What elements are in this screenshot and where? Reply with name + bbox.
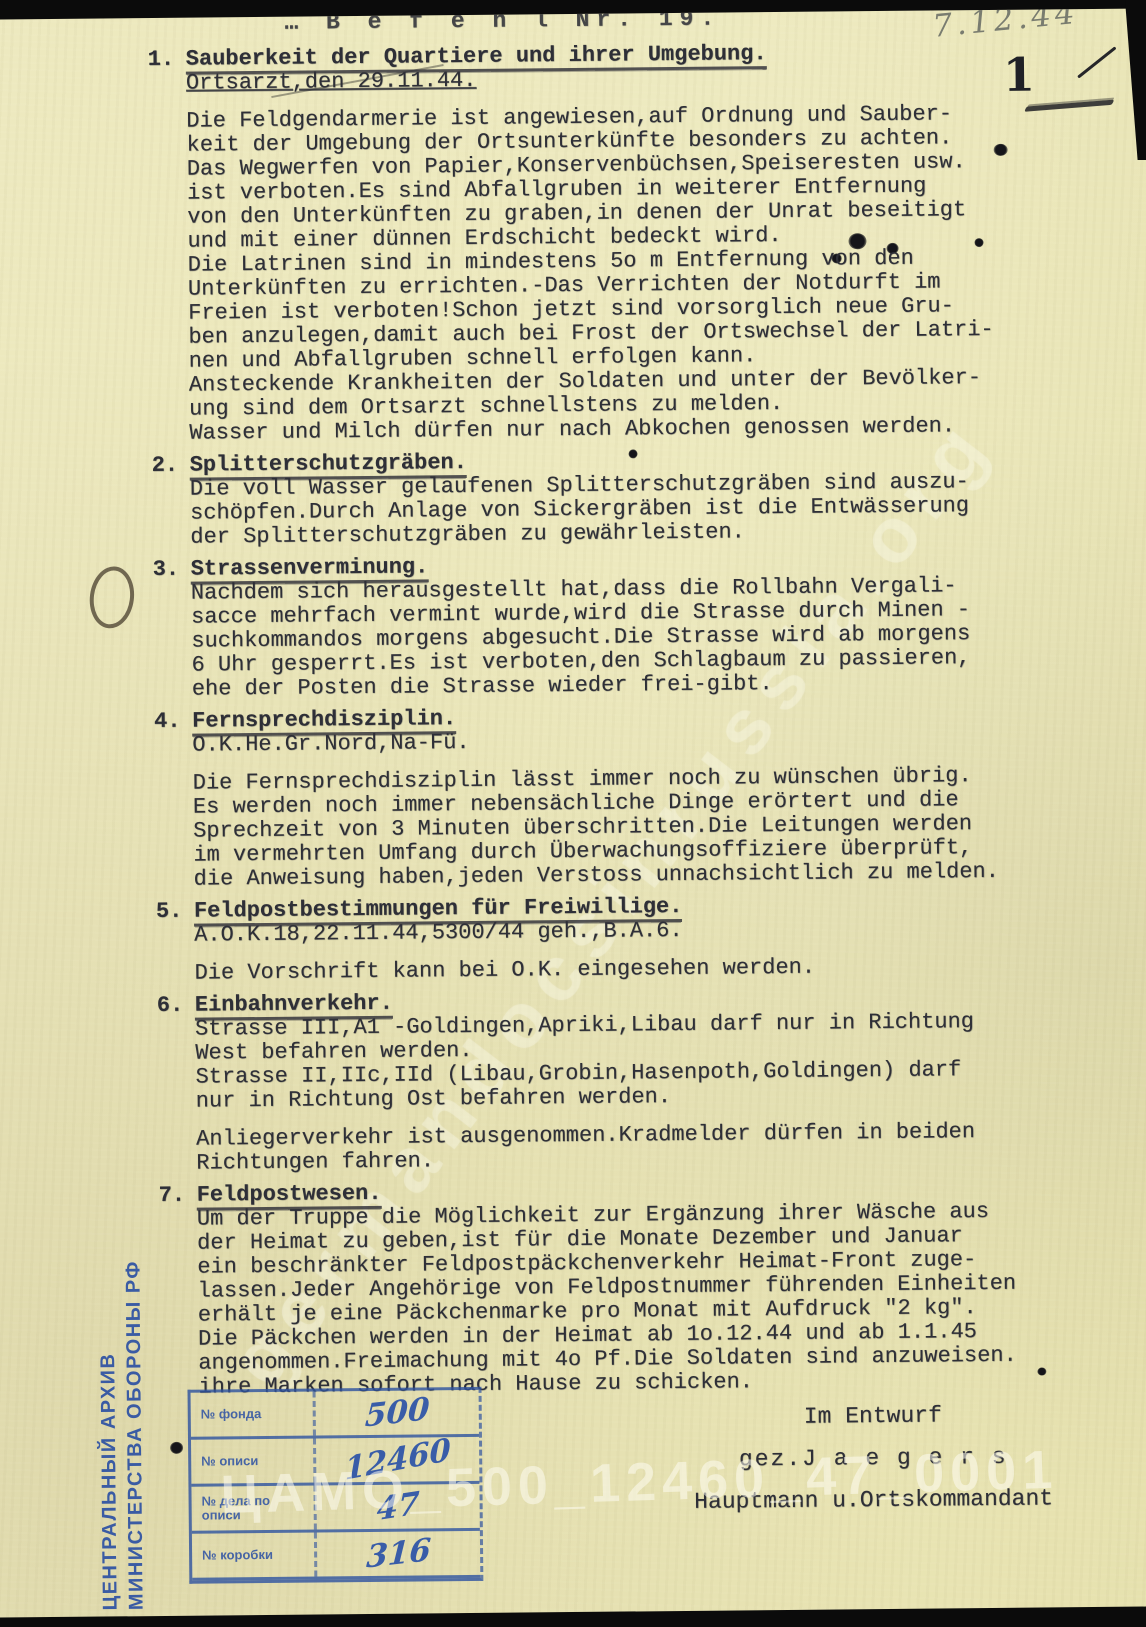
stamp-row-label: № коробки — [192, 1532, 317, 1577]
section-number: 3. — [153, 558, 191, 582]
archive-name-line1: ЦЕНТРАЛЬНЫЙ АРХИВ — [94, 1260, 123, 1610]
section-1: 1.Sauberkeit der Quartiere und ihrer Umg… — [148, 40, 1042, 447]
section-4: 4.Fernsprechdisziplin.O.K.He.Gr.Nord,Na-… — [154, 701, 1046, 892]
stamp-row: № фонда500 — [191, 1390, 479, 1440]
section-number: 7. — [159, 1184, 197, 1208]
section-number: 5. — [156, 900, 194, 924]
scanned-document-page: { "meta": { "page_number": "1", "handwri… — [0, 0, 1146, 1627]
section-5: 5.Feldpostbestimmungen für Freiwillige.A… — [156, 891, 1047, 986]
pen-stroke-mark — [1077, 46, 1116, 78]
signature-name: gez.J a e g e r s — [658, 1444, 1088, 1472]
signature-rank: Hauptmann u.Ortskommandant — [659, 1486, 1089, 1514]
paper-sheet: germandocsinrussia.org … B e f e h l Nr.… — [0, 8, 1146, 1617]
archive-stamp-table: № фонда500№ описи12460№ дела по описи47№… — [188, 1387, 484, 1584]
ink-blot — [170, 1442, 183, 1454]
hole-punch-ring — [86, 564, 138, 631]
section-3: 3.Strassenverminung.Nachdem sich herausg… — [153, 549, 1044, 702]
stamp-row-label: № дела по описи — [191, 1485, 316, 1530]
signature-draft-note: Im Entwurf — [658, 1402, 1088, 1430]
section-7: 7.Feldpostwesen.Um der Truppe die Möglic… — [159, 1175, 1051, 1400]
section-number: 4. — [154, 710, 192, 734]
stamp-row: № описи12460 — [191, 1437, 479, 1487]
signature-block: Im Entwurf gez.J a e g e r s Hauptmann u… — [658, 1402, 1089, 1532]
section-number: 2. — [152, 454, 190, 478]
stamp-row: № дела по описи47 — [191, 1484, 479, 1534]
archive-stamp-name: ЦЕНТРАЛЬНЫЙ АРХИВ МИНИСТЕРСТВА ОБОРОНЫ Р… — [94, 1260, 149, 1611]
section-6: 6.Einbahnverkehr.Strasse III,A1 -Golding… — [157, 985, 1049, 1176]
section-number: 6. — [157, 994, 195, 1018]
section-2: 2.Splitterschutzgräben.Die voll Wasser g… — [152, 445, 1043, 550]
stamp-row-label: № описи — [191, 1438, 316, 1483]
stamp-row: № коробки316 — [192, 1531, 480, 1581]
stamp-row-label: № фонда — [191, 1391, 316, 1436]
section-number: 1. — [148, 48, 186, 72]
sections: 1.Sauberkeit der Quartiere und ihrer Umg… — [148, 40, 1051, 1408]
archive-name-line2: МИНИСТЕРСТВА ОБОРОНЫ РФ — [120, 1260, 149, 1610]
stamp-row-value: 316 — [317, 1526, 481, 1581]
